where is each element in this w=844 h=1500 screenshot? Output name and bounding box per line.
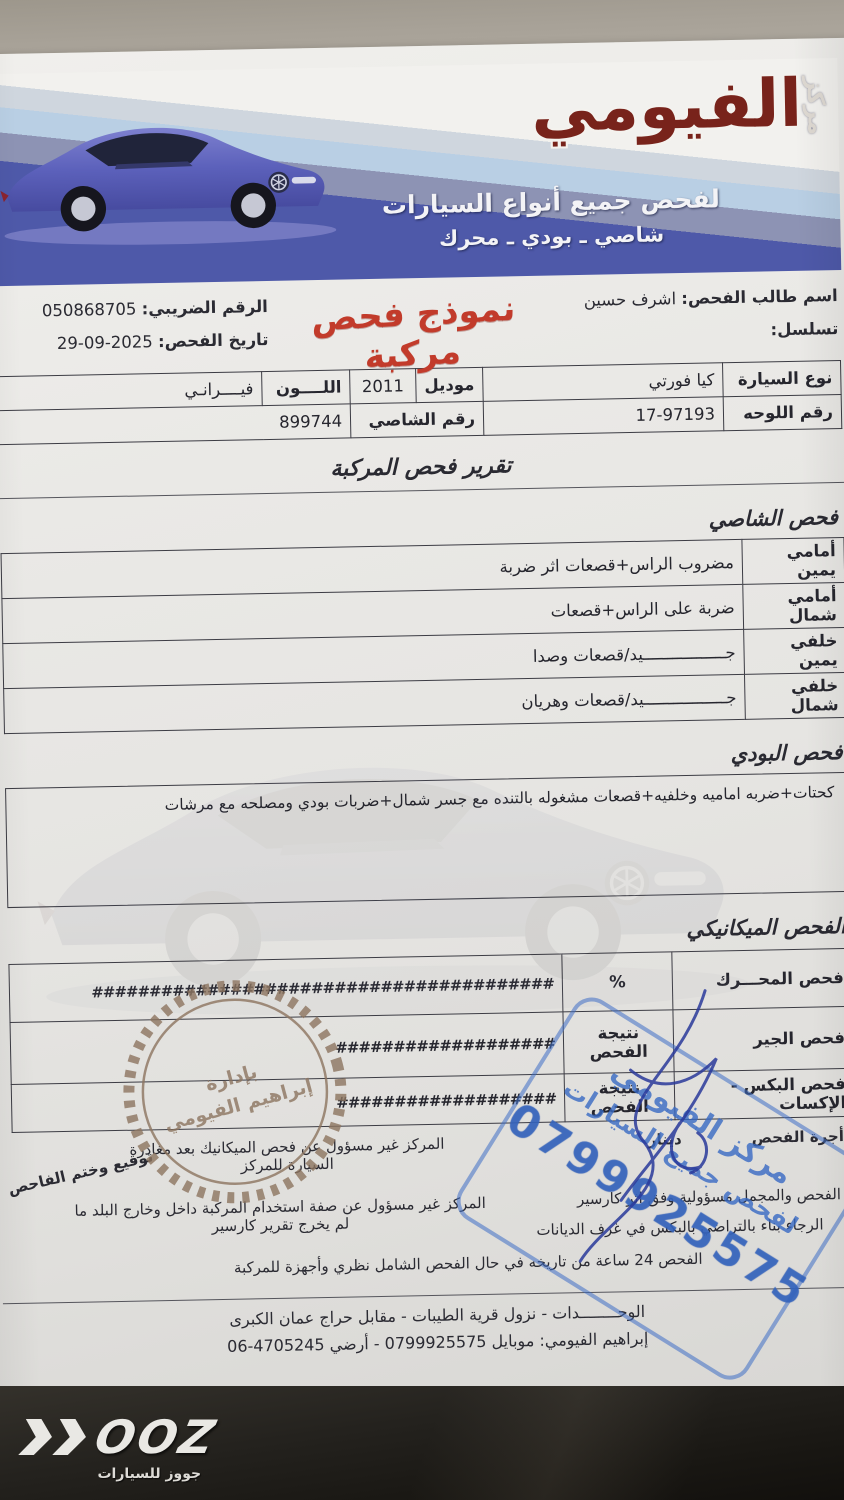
tagline-line1: لفحص جميع أنواع السيارات	[382, 184, 721, 219]
mech-row-unit: نتيجة الفحص	[563, 1010, 674, 1074]
zooz-logo: OOZ جووز للسيارات	[22, 1410, 217, 1482]
tagline-line2: شاصي ـ بودي ـ محرك	[382, 221, 720, 251]
footer: الوحــــــــدات - نزول قرية الطيبات - مق…	[0, 1297, 844, 1360]
header-banner: الفيومي مركز لفحص جميع أنواع السيارات شا…	[0, 58, 841, 286]
mech-row-value: ########################################	[9, 954, 563, 1023]
date-value: 29-09-2025	[57, 332, 153, 353]
requester-value: اشرف حسين	[584, 289, 677, 310]
vehicle-type-label: نوع السيارة	[723, 360, 842, 396]
chassis-table: أمامي يمين مضروب الراس+قصعات اثر ضربة أم…	[1, 537, 844, 734]
requester-label: اسم طالب الفحص:	[681, 286, 838, 308]
disclaimer-usage: المركز غير مسؤول عن صفة استخدام المركبة …	[65, 1194, 496, 1238]
zooz-wordmark: OOZ	[90, 1410, 222, 1464]
footer-mobile: 0799925575	[385, 1332, 487, 1353]
brand-tagline: لفحص جميع أنواع السيارات شاصي ـ بودي ـ م…	[382, 184, 721, 251]
footer-landline: 06-4705245	[227, 1335, 325, 1356]
brand-name: الفيومي	[530, 65, 802, 147]
car-image	[0, 72, 337, 268]
mech-row-value: ###################	[10, 1012, 564, 1085]
inspection-form-paper: الفيومي مركز لفحص جميع أنواع السيارات شا…	[0, 38, 844, 1423]
mech-row-value: ###################	[11, 1074, 565, 1133]
brand-prefix: مركز	[802, 76, 831, 135]
serial-label: تسلسل:	[770, 319, 838, 339]
mech-section-title: الفحص الميكانيكي	[14, 914, 844, 954]
tax-label: الرقم الضريبي:	[141, 297, 268, 318]
chassis-row-label: أمامي يمين	[742, 537, 844, 584]
disclaimer-carseer: الفحص والمجمل مسؤولية وفق اثر كارسير	[511, 1185, 841, 1209]
brand-logo: الفيومي مركز	[530, 64, 830, 147]
chassis-row-label: أمامي شمال	[743, 582, 844, 629]
report-title: تقرير فحص المركبة	[0, 447, 844, 489]
date-label: تاريخ الفحص:	[158, 330, 269, 351]
vehicle-chassis-value: 899744	[0, 404, 351, 445]
vehicle-plate-value: 17-97193	[483, 397, 724, 436]
vehicle-color-value: فيــــرانـي	[0, 372, 262, 411]
zooz-arabic-label: جووز للسيارات	[22, 1466, 217, 1482]
vehicle-chassis-label: رقم الشاصي	[350, 401, 484, 438]
body-inspection-box: كحتات+ضربه اماميه وخلفيه+قصعات مشغوله با…	[5, 772, 844, 908]
zooz-chevron-icon	[52, 1419, 90, 1455]
fee-line: أجرة الفحصدينار	[648, 1127, 844, 1149]
form-title: نموذج فحص مركبة	[268, 286, 559, 382]
tax-value: 050868705	[42, 299, 137, 320]
zooz-chevron-icon	[18, 1419, 56, 1455]
mech-row-label: فحص الجير	[673, 1006, 844, 1071]
chassis-row-label: خلفي شمال	[744, 672, 844, 719]
mech-row-unit: %	[562, 952, 673, 1012]
disclaimer-mechanic: المركز غير مسؤول عن فحص الميكانيك بعد مغ…	[112, 1134, 463, 1177]
mechanical-table: فحص المحـــرك % ########################…	[8, 948, 844, 1133]
photo-scene: الفيومي مركز لفحص جميع أنواع السيارات شا…	[0, 0, 844, 1500]
chassis-row-label: خلفي يمين	[744, 627, 844, 674]
mech-row-label: فحص المحـــرك	[672, 948, 844, 1009]
mech-row-label: فحص البكس - الإكسات	[674, 1068, 844, 1119]
mech-row-unit: نتيجة الفحص	[564, 1072, 675, 1122]
disclaimer-validity: الفحص 24 ساعة من تاريخه في حال الفحص الش…	[188, 1249, 748, 1278]
disclaimers: أجرة الفحصدينار المركز غير مسؤول عن فحص …	[12, 1125, 844, 1293]
desk-surface: OOZ جووز للسيارات	[0, 1386, 844, 1500]
disclaimer-additions: الرجاء بناء بالتراضي بالبكس في غرف الديا…	[493, 1215, 823, 1239]
vehicle-plate-label: رقم اللوحه	[723, 394, 842, 430]
